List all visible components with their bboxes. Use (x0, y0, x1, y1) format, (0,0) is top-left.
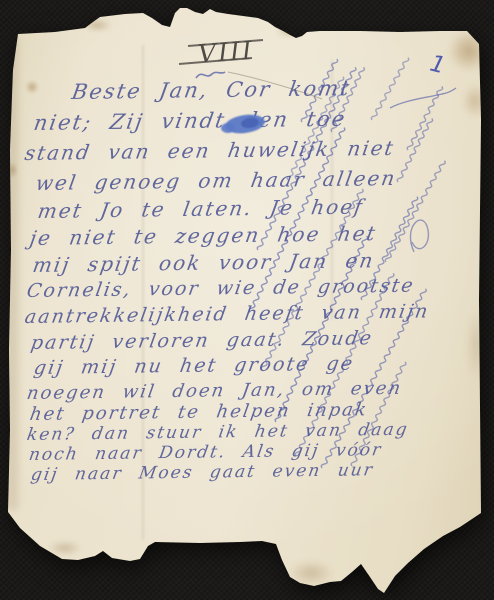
letter-line: met Jo te laten. Je hoef (36, 194, 366, 223)
letter-line: stand van een huwelijk niet (23, 136, 397, 165)
letter-line: wel genoeg om haar alleen (34, 166, 398, 195)
letter-page: Beste Jan, Cor komt niet; Zij vindt den … (0, 0, 494, 600)
letter-line: niet; Zij vindt den toe (32, 107, 348, 135)
paper-shadow: Beste Jan, Cor komt niet; Zij vindt den … (0, 0, 494, 600)
scan-background: Beste Jan, Cor komt niet; Zij vindt den … (0, 0, 494, 600)
letter-line: aantrekkelijkheid heeft van mijn (23, 300, 431, 328)
letter-line: Beste Jan, Cor komt (70, 76, 353, 104)
letter-line: gij mij nu het groote ge (32, 353, 356, 379)
letter-line: mij spijt ook voor Jan en (31, 248, 376, 277)
letter-text: Beste Jan, Cor komt niet; Zij vindt den … (0, 0, 494, 600)
letter-line: gij naar Moes gaat even uur (29, 460, 375, 485)
letter-line: je niet te zeggen hoe het (28, 221, 379, 250)
letter-line: partij verloren gaat. Zoude (29, 327, 375, 354)
letter-line: Cornelis, voor wie de grootste (25, 275, 416, 302)
